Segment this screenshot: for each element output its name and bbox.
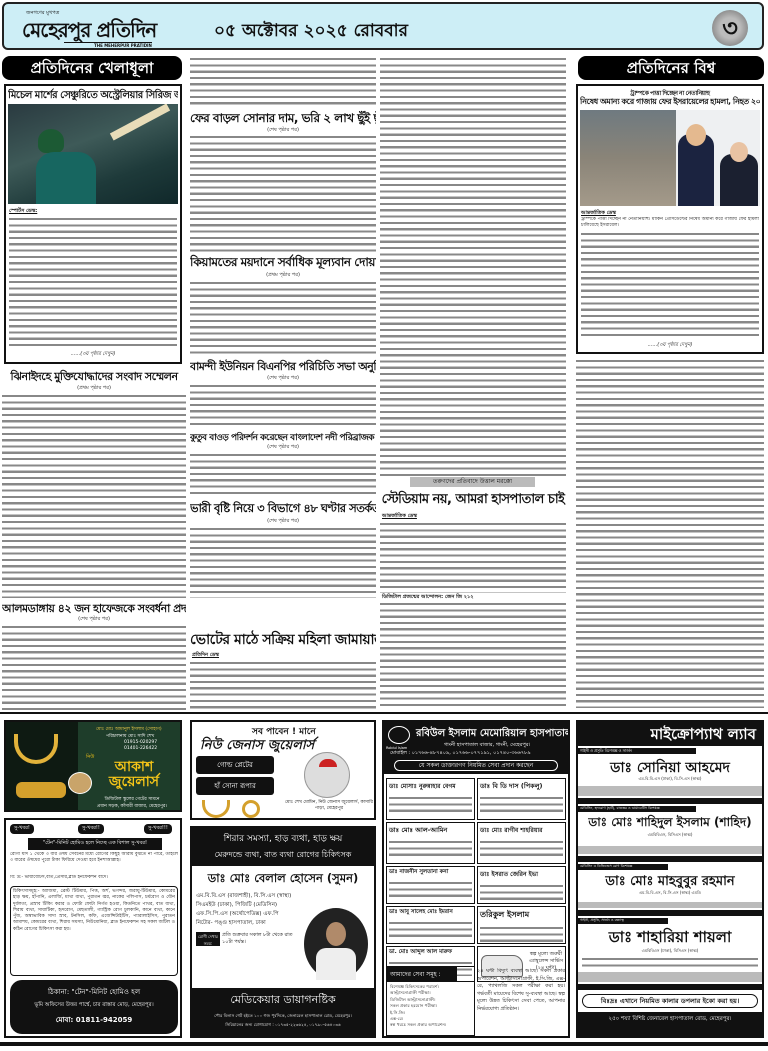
doctor-3-services <box>578 902 762 908</box>
medicare-clinic-name: মেডিকেয়ার ডায়াগনষ্টিক <box>192 991 374 1010</box>
doctor-4-services <box>578 972 762 982</box>
qual-1: এম.বি.বি.এস (রাজশাহী), বি.সি.এস (স্বাস্থ… <box>196 892 291 901</box>
world-continued: ......(৩য় পৃষ্ঠার দেখুন) <box>581 342 759 350</box>
note-muktijoddha: (প্রথম পৃষ্ঠার পর) <box>2 385 186 393</box>
akash-address-1: ডিজিটাল স্কুলের গেটের সামনে <box>82 796 182 803</box>
rabiul-header: Robiul Islam রবিউল ইসলাম মেমোরিয়াল হাসপ… <box>384 722 568 774</box>
qual-4: নিটোর- পঙ্গু হাসপাতাল, ঢাকা <box>196 919 291 928</box>
world-headline: নিষেধ অমান্য করে গাজায় ফের ইসরায়েলের হ… <box>580 96 760 109</box>
bangle-icon <box>16 782 66 798</box>
section-world: প্রতিদিনের বিশ্ব <box>578 56 764 80</box>
medicare-line-1: শিরার সমস্যা, হাড় ব্যথা, হাড় ক্ষয় <box>192 831 374 846</box>
note-rain: (শেষ পৃষ্ঠার পর) <box>190 518 376 526</box>
doctor-name: ডাঃ মোঃ আল-আমিন <box>389 826 447 834</box>
desk-jamaat: প্রতিদিন ডেস্ক <box>192 652 219 660</box>
owner-photo <box>304 752 350 798</box>
homeo-promise: রোগী যদি ১ থেকে ৩ বার ঔষধ সেবনের মধ্যে র… <box>10 852 178 872</box>
doctor-2-services <box>578 846 762 854</box>
hospital-phones: মোবাইল : ০১৭৬৬-৪৮৭৪০৯, ০১৭৬৬-০৭৭১৯১, ০১৭… <box>390 750 531 758</box>
ad-divider <box>0 712 768 714</box>
jenas-box-1: গোল্ড প্লেটের <box>196 756 274 774</box>
doctor-card: ডাঃ মোঃ রাগীব শাহরিয়ার <box>477 822 566 864</box>
micropath-banner: বিঃদ্রঃ এখানে নিয়মিত কালার ডপলার ইকো কর… <box>582 994 758 1008</box>
headline-dua: কিয়ামতের ময়দানে সর্বাধিক মূল্যবান দোয়… <box>190 254 376 274</box>
akash-address-2: প্রধান সড়ক, কাঁসারী বাজার, মেহেরপুর। <box>82 803 182 810</box>
doctor-4-hours <box>578 984 762 990</box>
headline-rain: ভারী বৃষ্টি নিয়ে ৩ বিভাগে ৪৮ ঘণ্টার সতর… <box>190 500 376 519</box>
page-number-badge: ৩ <box>712 10 748 46</box>
ad-rabiul-islam-hospital: Robiul Islam রবিউল ইসলাম মেমোরিয়াল হাসপ… <box>382 720 570 1038</box>
section-sports: প্রতিদিনের খেলাধূলা <box>2 56 182 80</box>
doctor-1-hours <box>578 798 762 804</box>
doctor-2-qual: এমবিবিএস, বিসিএস (স্বাস্থ্য) <box>578 832 762 839</box>
ring-icon <box>242 800 260 818</box>
note-river: (শেষ পৃষ্ঠার পর) <box>190 444 376 452</box>
sports-box: মিচেল মার্শের সেঞ্চুরিতে অস্ট্রেলিয়ার স… <box>4 84 182 364</box>
jewelry-image <box>6 722 78 812</box>
micropath-name: মাইক্রোপ্যাথ ল্যাব <box>578 722 762 746</box>
qual-2: সিএমইউ (ঢাকা), পিজিটি (মেডিসিন) <box>196 901 291 910</box>
doctor-2-name: ডাঃ মোঃ শাহিদুল ইসলাম (শাহিদ) <box>578 814 762 834</box>
doctor-card: তরিকুল ইসলাম <box>477 906 566 944</box>
homeo-title: "টেন"-মিনিট হোমিও হলে নিচ্ছে এক বিশাল সু… <box>28 838 162 850</box>
stadium-kicker: তরুণদের প্রতিবাদে উত্তাল মরক্কো <box>410 477 535 487</box>
sports-body-text <box>9 216 177 348</box>
doctor-card: ডাঃ বি ডি দাস (পিকলু) <box>477 778 566 820</box>
note-hafez: (শেষ পৃষ্ঠার পর) <box>2 616 186 624</box>
body-gold <box>190 134 376 252</box>
doctor-coat <box>316 948 356 980</box>
doctor-2-hours <box>578 856 762 862</box>
ad-homeo-hall: সু-খবর! সু-খবর!! সু-খবর!!! "টেন"-মিনিট হ… <box>4 818 182 1038</box>
homeo-treatments: চিকিৎসাসমূহ:- অ্যাজমা, ব্রেস্ট টিউমার, প… <box>10 886 178 976</box>
akash-name: আকাশ জুয়েলার্স <box>88 760 180 790</box>
doctor-name: ডাঃ ইসরাত জেরিন ইভা <box>480 871 538 878</box>
micropath-address: ২৫০ শয্যা বিশিষ্ট জেনারেল হাসপাতাল রোড, … <box>578 1012 762 1036</box>
issue-date: ০৫ অক্টোবর ২০২৫ রোববার <box>214 18 408 46</box>
doctor-name: ডা. মোঃ আব্দুল আল মারুফ <box>389 949 452 955</box>
medicare-line-2: মেরুদন্ডে ব্যথা, বাত ব্যথা রোগের চিকিৎসক <box>192 849 374 862</box>
headline-river: কুতুব বাওড় পরিদর্শন করেছেন বাংলাদেশ নদী… <box>190 430 376 445</box>
doctor-card: ডাঃ মোঃ আল-আমিন <box>386 822 475 864</box>
doctor-2-label: মেডিসিন, হৃদরোগ (হার্ট), বাতজ্বর ও ডায়া… <box>578 806 696 812</box>
body-dua <box>190 280 376 356</box>
badge-2: সু-খবর!! <box>78 824 104 834</box>
necklace-icon <box>202 800 230 818</box>
ad-medicare-diagnostic: শিরার সমস্যা, হাড় ব্যথা, হাড় ক্ষয় মের… <box>190 826 376 1038</box>
medicare-hours: প্রতি শুক্রবার সকাল ৮টা থেকে রাত ১০টা পর… <box>222 932 302 946</box>
logo-english: THE MEHERPUR PRATIDIN <box>64 42 152 48</box>
body-stadium-2 <box>380 601 566 709</box>
doctor-1-label: গাইনী ও প্রসূতি বিশেষজ্ঞ ও সার্জন <box>578 748 696 754</box>
jenas-title-2: নিউ জেনাস জুয়েলার্স <box>200 736 314 757</box>
hospital-banner: যে সকল ডাক্তারগণ নিয়মিত সেবা প্রদান করছ… <box>394 760 558 771</box>
doctor-card: ডাঃ মোসাঃ নুরুন্নাহার বেগম <box>386 778 475 820</box>
ad-micropath-lab: মাইক্রোপ্যাথ ল্যাব গাইনী ও প্রসূতি বিশেষ… <box>576 720 764 1038</box>
doctor-face <box>326 922 346 946</box>
headline-stadium: স্টেডিয়াম নয়, আমরা হাসপাতাল চাই <box>380 490 566 511</box>
jenas-contact: মোঃ শেখ মোমিন, নিউ জেনাস জুয়েলার্স, কাস… <box>284 800 374 811</box>
jenas-box-2: হাঁ সোনা রূপার <box>196 777 274 795</box>
doctor-4-details <box>582 956 758 970</box>
akash-phone-2: 01401-226422 <box>124 746 157 751</box>
red-cap <box>319 759 337 767</box>
world-continued-text <box>576 358 764 708</box>
body-rain <box>190 526 376 598</box>
doctor-name: ডাঃ আবু সালেহ মোঃ ইমরান <box>389 909 453 915</box>
body-bnp <box>190 383 376 427</box>
homeo-phone: মোবা: 01811-942059 <box>10 1014 178 1026</box>
doctor-4-qual: এমবিবিএস (ঢাকা), বিসিএস (স্বাস্থ্য) <box>578 948 762 955</box>
doctor-name: ডাঃ বি ডি দাস (পিকলু) <box>480 782 543 790</box>
medicare-address: পৌর বিলাস গেট হইতে ১০০ গজ পূর্বদিকে, জেন… <box>192 1013 374 1020</box>
note-dua: (প্রথম পৃষ্ঠার পর) <box>190 272 376 280</box>
desk-stadium: আন্তর্জাতিক ডেস্ক <box>382 513 417 521</box>
service-item: স্বল্প খরচে সকল প্রকার অপারেশন। <box>390 1022 471 1028</box>
badge-1: সু-খবর! <box>10 824 34 834</box>
doctor-card: ডাঃ নাজনীন সুলতানা কনা <box>386 866 475 904</box>
medicare-phones: সিরিয়ালের জন্য যোগাযোগ : ০১৭৩৫-২২৩৬২৪, … <box>192 1022 374 1029</box>
article-column-b-text <box>380 56 566 476</box>
doctor-name: তরিকুল ইসলাম <box>480 910 529 919</box>
body-jamaat <box>190 660 376 710</box>
sports-desk: স্পোর্টস ডেস্ক: <box>9 208 37 216</box>
owner-photo <box>68 772 92 794</box>
article-intro-text <box>190 56 376 108</box>
headline-jamaat: ভোটের মাঠে সক্রিয় মহিলা জামায়াত <box>190 628 376 652</box>
necklace-icon <box>14 734 58 764</box>
world-body-text <box>581 231 759 339</box>
body-hafez <box>2 624 186 710</box>
akash-phone-1: 01915-020297 <box>124 740 157 745</box>
badge-3: সু-খবর!!! <box>144 824 172 834</box>
doctor-3-hours <box>578 910 762 916</box>
trump-head <box>686 124 706 146</box>
doctor-grid: ডাঃ মোসাঃ নুরুন্নাহার বেগম ডাঃ বি ডি দাস… <box>386 778 566 982</box>
player-body <box>36 152 96 204</box>
hospital-name: রবিউল ইসলাম মেমোরিয়াল হাসপাতাল <box>416 726 570 743</box>
body-stadium <box>380 521 566 593</box>
services-title: আমাদের সেবা সমূহ : <box>387 967 457 982</box>
medicare-footer: মেডিকেয়ার ডায়াগনষ্টিক পৌর বিলাস গেট হই… <box>192 988 374 1036</box>
akash-manager: পরিচালনায় মোঃ সাদি শেখ <box>106 733 154 740</box>
services-list: বিশেষজ্ঞ চিকিৎসকের পরামর্শ। আল্ট্রাসনোগ্… <box>387 982 474 1031</box>
gaza-smoke-image <box>580 110 676 206</box>
homeo-note: বি: দ্র:- ভায়াবেটিস,বাত,প্রেসার,ব্লাড ই… <box>10 875 178 883</box>
ad-akash-jewellers: মোঃ মোঃ আমানুল ইসলাম (সোহাগ) পরিচালনায় … <box>4 720 182 812</box>
doctor-3-qual: এম.বি.বি.এস, বি.সি.এস (স্বাস্থ্য) এমডি <box>578 890 762 897</box>
cricket-bat <box>110 104 170 141</box>
world-box: ট্রাম্পকে পাত্তা দিচ্ছেন না নেতানিয়াহু … <box>576 84 764 354</box>
hospital-logo-icon <box>388 726 410 744</box>
services-box: আমাদের সেবা সমূহ : বিশেষজ্ঞ চিকিৎসকের পর… <box>386 966 475 1036</box>
footer-rule <box>0 1042 768 1046</box>
ad-new-jenas-jewellers: সব পাবেন ! মানে নিউ জেনাস জুয়েলার্স গোল… <box>190 720 376 820</box>
homeo-address-box: ঠিকানা: "টেন"-মিনিট হোমিও হল ভূমি অফিসের… <box>10 980 178 1034</box>
cricket-photo <box>8 104 178 204</box>
akash-owner: মোঃ মোঃ আমানুল ইসলাম (সোহাগ) <box>96 726 162 733</box>
medicare-hours-label: রোগী দেখার সময়: <box>196 932 220 946</box>
medicare-quals: এম.বি.বি.এস (রাজশাহী), বি.সি.এস (স্বাস্থ… <box>196 892 291 928</box>
player-helmet <box>38 129 64 153</box>
netanyahu-head <box>730 142 748 162</box>
masthead: জনগণের মুখপত্র মেহেরপুর প্রতিদিন THE MEH… <box>2 2 764 50</box>
doctor-1-qual: এম.বি.বি.এস (ঢাকা), বি.সি.এস (স্বাস্থ্য) <box>578 776 762 783</box>
world-lead: ট্রাম্পকে পাত্তা দিচ্ছেন না নেতানিয়াহু।… <box>581 217 759 231</box>
world-photo <box>580 110 760 206</box>
doctor-name: ডাঃ নাজনীন সুলতানা কনা <box>389 869 448 875</box>
doctor-card: ডাঃ ইসরাত জেরিন ইভা <box>477 866 566 904</box>
sports-continued: ......(৩য় পৃষ্ঠার দেখুন) <box>9 351 177 359</box>
homeo-address: ভূমি অফিসের উত্তর পার্শ্বে, চার রাস্তার … <box>10 1002 178 1010</box>
qual-3: এফ.সি.পি.এস (অর্থোপেডিক্স) এফ.পি <box>196 910 291 919</box>
doctor-name: ডাঃ মোঃ রাগীব শাহরিয়ার <box>480 827 542 834</box>
doctor-name: ডাঃ মোসাঃ নুরুন্নাহার বেগম <box>389 783 456 790</box>
medicare-doctor-name: ডাঃ মোঃ বেলাল হোসেন (সুমন) <box>194 870 372 889</box>
hospital-note: ২৪ ঘন্টা বিদ্যুৎ ব্যবস্থা আছে। সকল প্রকা… <box>477 968 565 1034</box>
body-river <box>190 452 376 496</box>
note-bnp: (শেষ পৃষ্ঠার পর) <box>190 375 376 383</box>
body-muktijoddha <box>2 393 186 598</box>
hospital-address: গাংনী হাসপাতাল বাজার, গাংনী, মেহেরপুর। <box>444 742 530 750</box>
homeo-address-label: ঠিকানা: "টেন"-মিনিট হোমিও হল <box>10 986 178 998</box>
doctor-card: ডাঃ আবু সালেহ মোঃ ইমরান <box>386 906 475 944</box>
doctor-3-label: মেডিসিন ও ডিজিজেস রোগ বিশেষজ্ঞ <box>578 864 668 870</box>
doctor-4-label: গাইনী, প্রসূতি, সার্জন ও বন্ধ্যাত্ব <box>578 918 668 924</box>
medicare-header: শিরার সমস্যা, হাড় ব্যথা, হাড় ক্ষয় মের… <box>192 828 374 866</box>
doctor-1-services <box>578 786 762 796</box>
doctor-photo <box>304 908 368 980</box>
